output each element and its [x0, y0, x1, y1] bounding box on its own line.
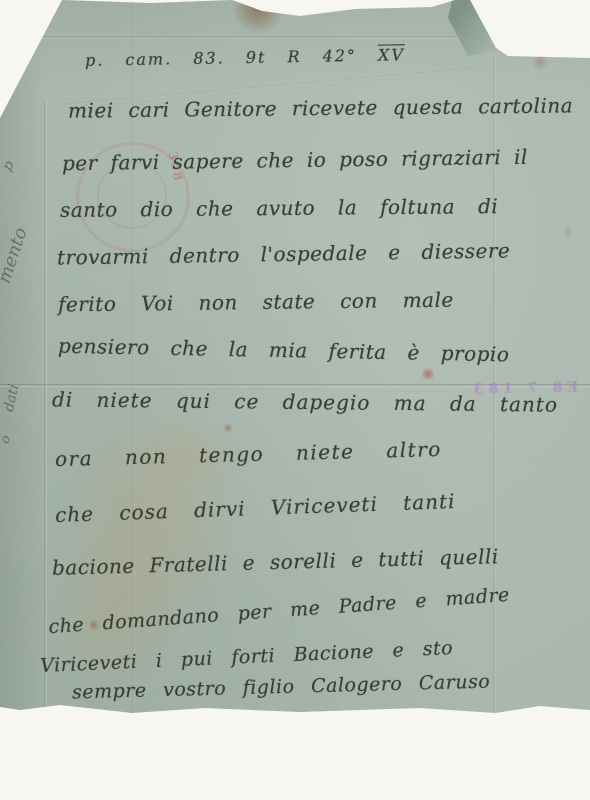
- torn-corner-flap: [448, 0, 500, 56]
- letter-header-unit: XV: [378, 45, 405, 64]
- letter-line: bacione Fratelli e sorelli e tutti quell…: [52, 544, 499, 580]
- crease-diagonal-right-b: [471, 500, 590, 582]
- letter-line: di niete qui ce dapegio ma da tanto: [52, 387, 558, 416]
- letter-line: che cosa dirvi Viriceveti tanti: [55, 489, 456, 527]
- margin-writing: o: [0, 433, 14, 445]
- letter-line: Viriceveti i pui forti Bacione e sto: [40, 637, 454, 677]
- letter-line: miei cari Genitore ricevete questa carto…: [68, 93, 573, 122]
- crease-diagonal-right-a: [482, 427, 590, 516]
- letter-line: pensiero che la mia ferita è propio: [58, 334, 510, 367]
- margin-writing: dati: [1, 383, 22, 413]
- letter-line: per farvi sapere che io poso rigraziari …: [62, 145, 528, 176]
- fold-crease-left: [44, 100, 47, 712]
- scanner-background: 308 E8 7 183 p mento dati o p. cam. 83. …: [0, 0, 590, 800]
- letter-header-text: p. cam. 83. 9t R 42°: [85, 46, 357, 70]
- fold-crease-top: [40, 36, 480, 39]
- letter-line: santo dio che avuto la foltuna di: [60, 194, 498, 222]
- letter-line: ferito Voi non state con male: [58, 288, 454, 317]
- letter-paper: 308 E8 7 183 p mento dati o p. cam. 83. …: [0, 0, 590, 800]
- margin-writing: p: [0, 158, 18, 174]
- letter-line: ora non tengo niete altro: [55, 437, 442, 471]
- margin-writing: mento: [0, 225, 32, 286]
- letter-line: che domandano per me Padre e madre: [48, 584, 511, 638]
